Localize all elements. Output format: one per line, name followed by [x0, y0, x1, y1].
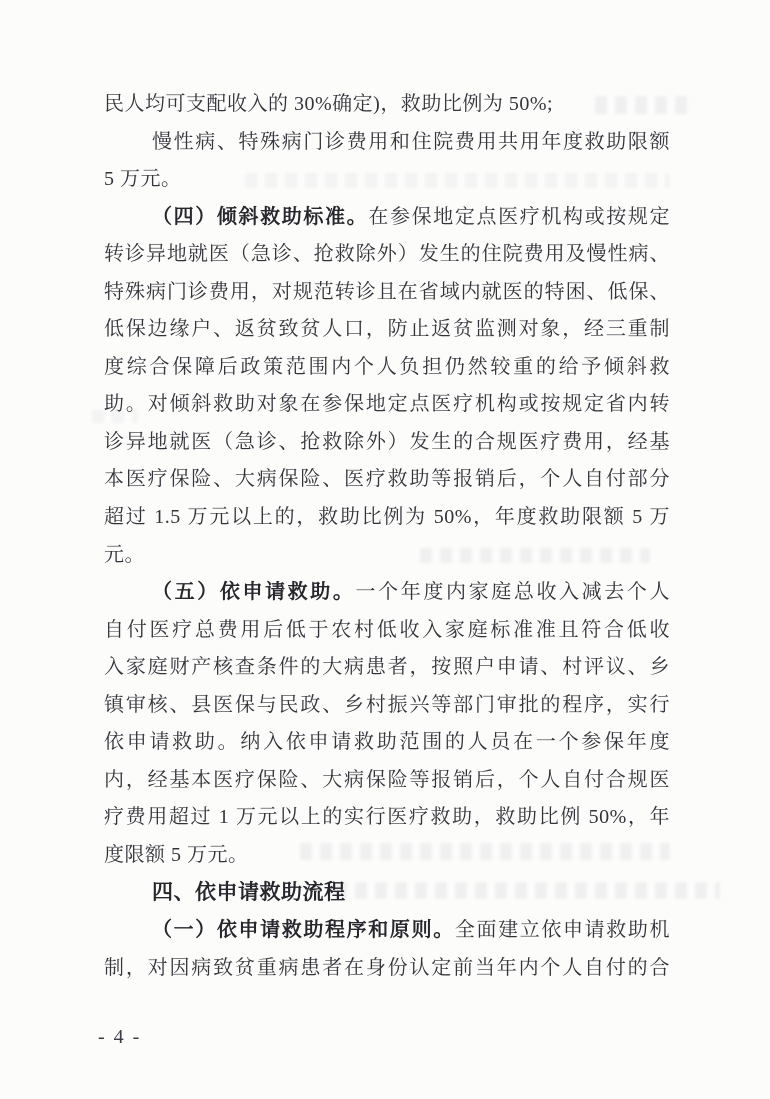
- text-line: 自付医疗总费用后低于农村低收入家庭标准准且符合低收: [104, 612, 670, 650]
- text-line: 元。: [104, 537, 670, 575]
- text-line: 诊异地就医（急诊、抢救除外）发生的合规医疗费用，经基: [104, 424, 670, 462]
- document-page: 民人均可支配收入的 30%确定)，救助比例为 50%; 慢性病、特殊病门诊费用和…: [0, 0, 770, 1099]
- text-line: 制，对因病致贫重病患者在身份认定前当年内个人自付的合: [104, 950, 670, 988]
- text-line: 依申请救助。纳入依申请救助范围的人员在一个参保年度: [104, 724, 670, 762]
- text-line section-heading-4: （四）倾斜救助标准。在参保地定点医疗机构或按规定: [104, 199, 670, 237]
- page-number: - 4 -: [98, 1026, 141, 1049]
- text-line-content: 本医疗保险、大病保险、医疗救助等报销后，个人自付部分: [104, 468, 670, 490]
- text-line: 内，经基本医疗保险、大病保险等报销后，个人自付合规医: [104, 762, 670, 800]
- text-line: 5 万元。: [104, 161, 670, 199]
- text-line-content: 自付医疗总费用后低于农村低收入家庭标准准且符合低收: [104, 619, 670, 641]
- text-line: 低保边缘户、返贫致贫人口，防止返贫监测对象，经三重制: [104, 311, 670, 349]
- text-line: 特殊病门诊费用，对规范转诊且在省域内就医的特困、低保、: [104, 274, 670, 312]
- text-line-content: 入家庭财产核查条件的大病患者，按照户申请、村评议、乡: [104, 656, 670, 678]
- text-line-content: 一个年度内家庭总收入减去个人: [356, 581, 670, 603]
- text-line-content: 民人均可支配收入的 30%确定)，救助比例为 50%;: [104, 93, 553, 115]
- text-line: 疗费用超过 1 万元以上的实行医疗救助，救助比例 50%，年: [104, 799, 670, 837]
- text-line: 助。对倾斜救助对象在参保地定点医疗机构或按规定省内转: [104, 386, 670, 424]
- text-line-content: 制，对因病致贫重病患者在身份认定前当年内个人自付的合: [104, 957, 670, 979]
- text-line: 度综合保障后政策范围内个人负担仍然较重的给予倾斜救: [104, 349, 670, 387]
- text-line-content: 慢性病、特殊病门诊费用和住院费用共用年度救助限额: [152, 131, 670, 153]
- text-line-content: 镇审核、县医保与民政、乡村振兴等部门审批的程序，实行: [104, 694, 670, 716]
- text-line-content: 内，经基本医疗保险、大病保险等报销后，个人自付合规医: [104, 769, 670, 791]
- text-line: 镇审核、县医保与民政、乡村振兴等部门审批的程序，实行: [104, 687, 670, 725]
- text-line: 度限额 5 万元。: [104, 837, 670, 875]
- text-line: 民人均可支配收入的 30%确定)，救助比例为 50%;: [104, 86, 670, 124]
- text-line-content: 助。对倾斜救助对象在参保地定点医疗机构或按规定省内转: [104, 393, 670, 415]
- text-line: 本医疗保险、大病保险、医疗救助等报销后，个人自付部分: [104, 461, 670, 499]
- text-line section-heading-5: （五）依申请救助。一个年度内家庭总收入减去个人: [104, 574, 670, 612]
- text-line-content: 疗费用超过 1 万元以上的实行医疗救助，救助比例 50%，年: [104, 806, 670, 828]
- text-line: 超过 1.5 万元以上的，救助比例为 50%，年度救助限额 5 万: [104, 499, 670, 537]
- text-line-content: 在参保地定点医疗机构或按规定: [368, 206, 670, 228]
- section-heading-label: （四）倾斜救助标准。: [152, 206, 368, 228]
- text-line-content: 依申请救助。纳入依申请救助范围的人员在一个参保年度: [104, 731, 670, 753]
- text-line-content: 诊异地就医（急诊、抢救除外）发生的合规医疗费用，经基: [104, 431, 670, 453]
- text-line-content: 转诊异地就医（急诊、抢救除外）发生的住院费用及慢性病、: [104, 243, 670, 265]
- text-line: 转诊异地就医（急诊、抢救除外）发生的住院费用及慢性病、: [104, 236, 670, 274]
- text-line-content: 度限额 5 万元。: [104, 844, 249, 866]
- text-line: 入家庭财产核查条件的大病患者，按照户申请、村评议、乡: [104, 649, 670, 687]
- section-heading-label: （一）依申请救助程序和原则。: [152, 919, 455, 941]
- text-line-content: 元。: [104, 544, 145, 566]
- text-line: 慢性病、特殊病门诊费用和住院费用共用年度救助限额: [104, 124, 670, 162]
- text-line-content: 5 万元。: [104, 168, 182, 190]
- text-line-content: 全面建立依申请救助机: [455, 919, 670, 941]
- chapter-heading: 四、依申请救助流程: [104, 874, 670, 912]
- text-line-content: 度综合保障后政策范围内个人负担仍然较重的给予倾斜救: [104, 356, 670, 378]
- section-heading-label: （五）依申请救助。: [152, 581, 356, 603]
- document-body-text: 民人均可支配收入的 30%确定)，救助比例为 50%; 慢性病、特殊病门诊费用和…: [104, 86, 670, 987]
- text-line-content: 低保边缘户、返贫致贫人口，防止返贫监测对象，经三重制: [104, 318, 670, 340]
- chapter-heading-label: 四、依申请救助流程: [152, 881, 346, 904]
- text-line-content: 特殊病门诊费用，对规范转诊且在省域内就医的特困、低保、: [104, 281, 670, 303]
- text-line section-heading-1: （一）依申请救助程序和原则。全面建立依申请救助机: [104, 912, 670, 950]
- text-line-content: 超过 1.5 万元以上的，救助比例为 50%，年度救助限额 5 万: [104, 506, 670, 528]
